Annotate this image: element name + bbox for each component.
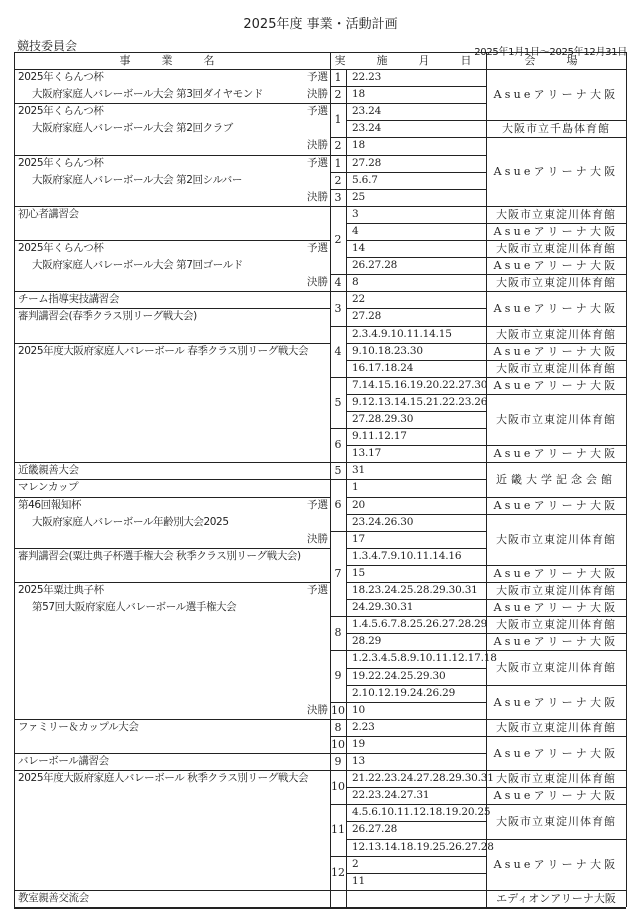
month-cell: 1: [330, 69, 346, 86]
venue-cell: 大阪市立千島体育館: [486, 120, 626, 137]
date-cell: 25: [346, 189, 486, 206]
event-name: 審判講習会(粟辻典子杯選手権大会 秋季クラス別リーグ戦大会): [18, 548, 318, 565]
header-event: 事 業 名: [14, 52, 330, 69]
event-name: 審判講習会(春季クラス別リーグ戦大会): [18, 308, 318, 325]
event-subtitle: 大阪府家庭人バレーボール大会 第3回ダイヤモンド: [32, 86, 312, 103]
date-cell: 27.28: [346, 308, 486, 325]
date-cell: 2.3.4.9.10.11.14.15: [346, 326, 486, 343]
month-cell: 10: [330, 770, 346, 804]
stage-label: 決勝: [290, 531, 328, 548]
event-name: 2025年度大阪府家庭人バレーボール 春季クラス別リーグ戦大会: [18, 343, 318, 360]
schedule-table: 事 業 名 実 施 月 日 会 場 2025年くらんつ杯大阪府家庭人バレーボール…: [0, 0, 641, 911]
stage-label: 決勝: [290, 86, 328, 103]
event-name: 第46回報知杯: [18, 497, 318, 514]
stage-label: 予選: [290, 69, 328, 86]
date-cell: 23.24: [346, 120, 486, 137]
month-cell: 4: [330, 274, 346, 291]
date-cell: 4: [346, 223, 486, 240]
month-cell: 4: [330, 326, 346, 377]
event-subtitle: 大阪府家庭人バレーボール大会 第7回ゴールド: [32, 257, 312, 274]
venue-cell: Asueアリーナ大阪: [486, 736, 626, 770]
event-name: 2025年くらんつ杯: [18, 240, 318, 257]
header-venue: 会 場: [486, 52, 626, 69]
date-cell: 2.23: [346, 719, 486, 736]
stage-label: 決勝: [290, 189, 328, 206]
month-cell: 9: [330, 753, 346, 770]
venue-cell: 大阪市立東淀川体育館: [486, 514, 626, 565]
date-cell: 14: [346, 240, 486, 257]
date-cell: 24.29.30.31: [346, 599, 486, 616]
date-cell: 9.10.18.23.30: [346, 343, 486, 360]
venue-cell: Asueアリーナ大阪: [486, 257, 626, 274]
venue-cell: Asueアリーナ大阪: [486, 291, 626, 326]
date-cell: 18: [346, 137, 486, 154]
date-cell: 13: [346, 753, 486, 770]
date-cell: 28.29: [346, 633, 486, 650]
venue-cell: 大阪市立東淀川体育館: [486, 326, 626, 343]
event-name: チーム指導実技講習会: [18, 291, 318, 308]
event-name: マレンカップ: [18, 479, 318, 496]
date-cell: 2: [346, 856, 486, 873]
date-cell: 8: [346, 274, 486, 291]
month-cell: 12: [330, 856, 346, 890]
event-name: ファミリー＆カップル大会: [18, 719, 318, 736]
date-cell: 1.3.4.7.9.10.11.14.16: [346, 548, 486, 565]
stage-label: 予選: [290, 103, 328, 120]
event-name: 近畿親善大会: [18, 462, 318, 479]
date-cell: 15: [346, 565, 486, 582]
event-name: 教室親善交流会: [18, 890, 318, 907]
venue-cell: 大阪市立東淀川体育館: [486, 650, 626, 685]
date-cell: 18.23.24.25.28.29.30.31: [346, 582, 486, 599]
month-cell: 8: [330, 719, 346, 736]
month-cell: 2: [330, 86, 346, 103]
venue-cell: Asueアリーナ大阪: [486, 223, 626, 240]
venue-cell: Asueアリーナ大阪: [486, 69, 626, 120]
date-cell: 17: [346, 531, 486, 548]
date-cell: 19: [346, 736, 486, 753]
venue-cell: 近畿大学記念会館: [486, 462, 626, 497]
row-divider: [14, 52, 626, 53]
date-cell: 12.13.14.18.19.25.26.27.28: [346, 839, 486, 856]
month-cell: 5: [330, 462, 346, 479]
venue-cell: 大阪市立東淀川体育館: [486, 206, 626, 223]
date-cell: 16.17.18.24: [346, 360, 486, 377]
stage-label: 予選: [290, 240, 328, 257]
venue-cell: 大阪市立東淀川体育館: [486, 719, 626, 736]
venue-cell: 大阪市立東淀川体育館: [486, 394, 626, 445]
event-subtitle: 大阪府家庭人バレーボール年齢別大会2025: [32, 514, 312, 531]
date-cell: 1: [346, 479, 486, 496]
stage-label: 予選: [290, 497, 328, 514]
month-cell: 11: [330, 804, 346, 856]
date-cell: 9.12.13.14.15.21.22.23.26: [346, 394, 486, 411]
date-cell: 22.23.24.27.31: [346, 787, 486, 804]
column-divider: [626, 52, 627, 907]
stage-label: 決勝: [290, 702, 328, 719]
month-cell: 1: [330, 155, 346, 172]
date-cell: 10: [346, 702, 486, 719]
stage-label: 決勝: [290, 137, 328, 154]
event-name: 2025年度大阪府家庭人バレーボール 秋季クラス別リーグ戦大会: [18, 770, 318, 787]
event-subtitle: 第57回大阪府家庭人バレーボール選手権大会: [32, 599, 312, 616]
date-cell: 4.5.6.10.11.12.18.19.20.25: [346, 804, 486, 821]
date-cell: 1.4.5.6.7.8.25.26.27.28.29: [346, 616, 486, 633]
date-cell: 22: [346, 291, 486, 308]
month-cell: 3: [330, 189, 346, 206]
row-divider: [14, 907, 626, 909]
date-cell: 23.24.26.30: [346, 514, 486, 531]
venue-cell: エディオンアリーナ大阪: [486, 890, 626, 907]
date-cell: 3: [346, 206, 486, 223]
month-cell: 8: [330, 616, 346, 650]
venue-cell: Asueアリーナ大阪: [486, 445, 626, 462]
date-cell: 20: [346, 497, 486, 514]
date-cell: 11: [346, 873, 486, 890]
venue-cell: 大阪市立東淀川体育館: [486, 770, 626, 787]
date-cell: 27.28.29.30: [346, 411, 486, 428]
venue-cell: Asueアリーナ大阪: [486, 343, 626, 360]
event-subtitle: 大阪府家庭人バレーボール大会 第2回シルバー: [32, 172, 312, 189]
date-cell: 2.10.12.19.24.26.29: [346, 685, 486, 702]
event-name: 2025年くらんつ杯: [18, 103, 318, 120]
venue-cell: Asueアリーナ大阪: [486, 497, 626, 514]
date-cell: 26.27.28: [346, 257, 486, 274]
date-cell: 19.22.24.25.29.30: [346, 668, 486, 685]
event-name: 2025年くらんつ杯: [18, 69, 318, 86]
venue-cell: Asueアリーナ大阪: [486, 565, 626, 582]
date-cell: 13.17: [346, 445, 486, 462]
venue-cell: 大阪市立東淀川体育館: [486, 804, 626, 839]
event-name: 2025年くらんつ杯: [18, 155, 318, 172]
date-cell: 1.2.3.4.5.8.9.10.11.12.17.18: [346, 650, 486, 667]
month-cell: 9: [330, 650, 346, 702]
date-cell: 22.23: [346, 69, 486, 86]
date-cell: 21.22.23.24.27.28.29.30.31: [346, 770, 486, 787]
month-cell: 10: [330, 736, 346, 753]
stage-label: 予選: [290, 155, 328, 172]
venue-cell: Asueアリーナ大阪: [486, 839, 626, 890]
month-cell: 10: [330, 702, 346, 719]
venue-cell: 大阪市立東淀川体育館: [486, 360, 626, 377]
venue-cell: Asueアリーナ大阪: [486, 633, 626, 650]
date-cell: 23.24: [346, 103, 486, 120]
date-cell: 26.27.28: [346, 821, 486, 838]
venue-cell: Asueアリーナ大阪: [486, 599, 626, 616]
month-cell: 2: [330, 137, 346, 155]
venue-cell: Asueアリーナ大阪: [486, 685, 626, 719]
date-cell: 27.28: [346, 155, 486, 172]
row-divider: [330, 890, 346, 891]
event-name: 初心者講習会: [18, 206, 318, 223]
date-cell: 31: [346, 462, 486, 479]
venue-cell: Asueアリーナ大阪: [486, 787, 626, 804]
venue-cell: Asueアリーナ大阪: [486, 137, 626, 206]
venue-cell: 大阪市立東淀川体育館: [486, 582, 626, 599]
venue-cell: Asueアリーナ大阪: [486, 377, 626, 394]
month-cell: 2: [330, 172, 346, 189]
venue-cell: 大阪市立東淀川体育館: [486, 616, 626, 633]
month-cell: 2: [330, 206, 346, 274]
date-cell: 7.14.15.16.19.20.22.27.30: [346, 377, 486, 394]
date-cell: 9.11.12.17: [346, 428, 486, 445]
stage-label: 決勝: [290, 274, 328, 291]
month-cell: 1: [330, 103, 346, 137]
month-cell: 7: [330, 531, 346, 616]
row-divider: [346, 890, 486, 891]
date-cell: 18: [346, 86, 486, 103]
event-name: 2025年粟辻典子杯: [18, 582, 318, 599]
month-cell: 6: [330, 479, 346, 531]
header-date: 実 施 月 日: [330, 52, 486, 69]
month-cell: 6: [330, 428, 346, 462]
venue-cell: 大阪市立東淀川体育館: [486, 274, 626, 291]
stage-label: 予選: [290, 582, 328, 599]
date-cell: 5.6.7: [346, 172, 486, 189]
month-cell: 5: [330, 377, 346, 428]
venue-cell: 大阪市立東淀川体育館: [486, 240, 626, 257]
event-subtitle: 大阪府家庭人バレーボール大会 第2回クラブ: [32, 120, 312, 137]
month-cell: 3: [330, 291, 346, 326]
event-name: バレーボール講習会: [18, 753, 318, 770]
